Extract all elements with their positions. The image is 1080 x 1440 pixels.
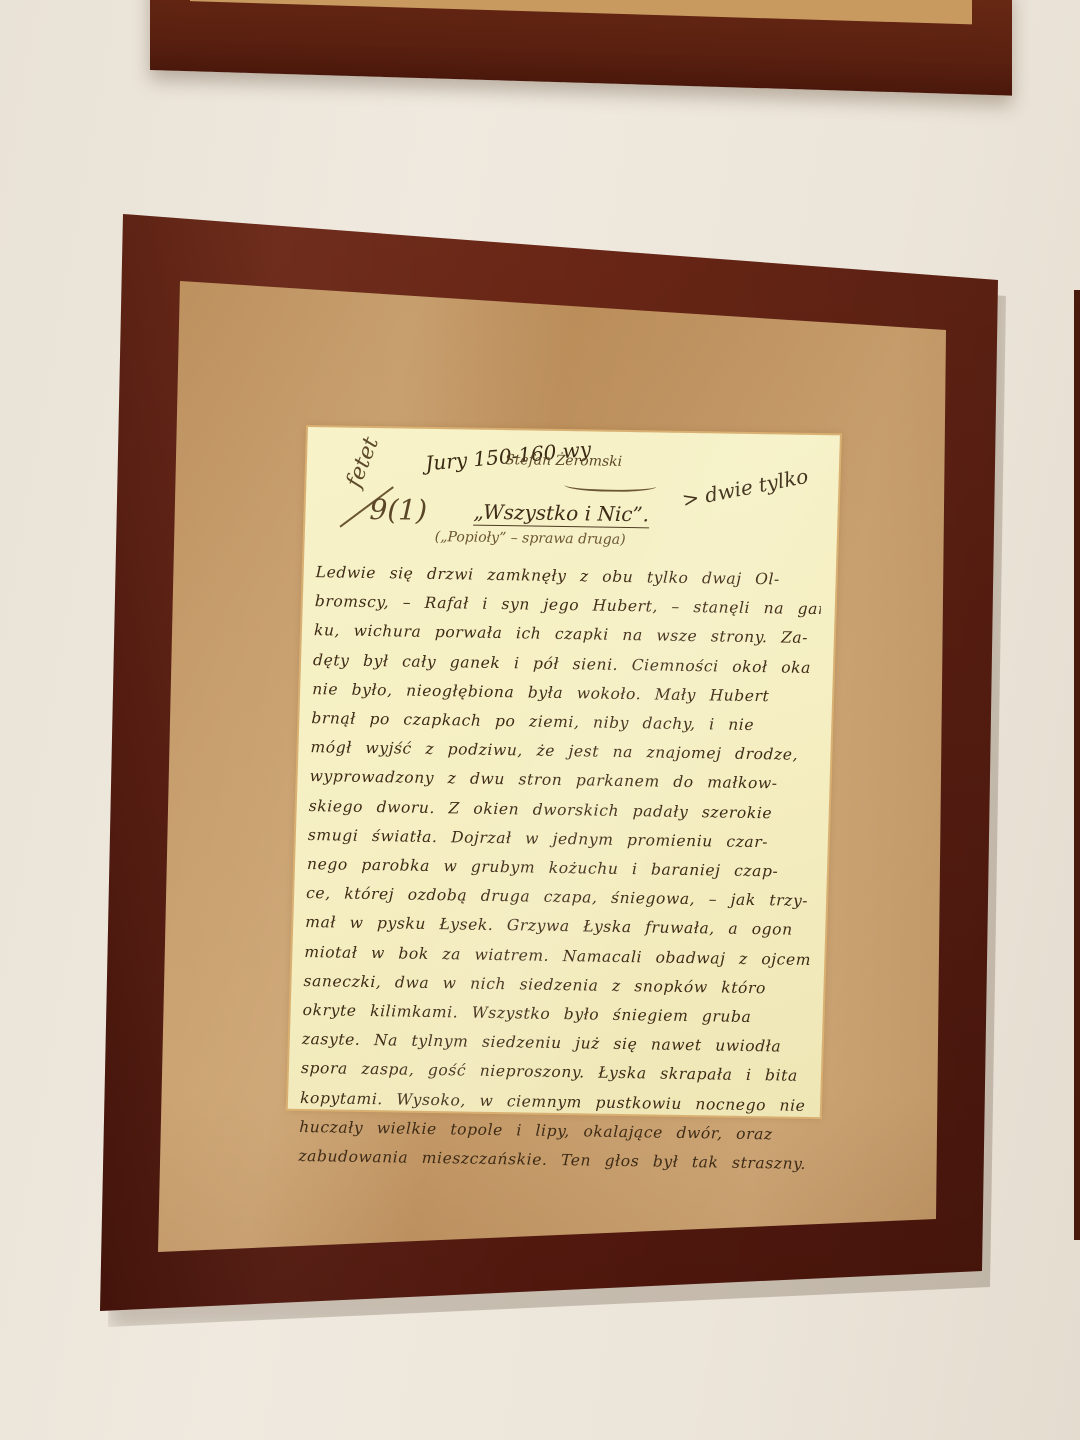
manuscript-body: Ledwie się drzwi zamknęły z obu tylko dw…	[286, 552, 836, 1179]
manuscript-header: fetet 9(1) Jury 150-160 wy Stefan Żeroms…	[304, 427, 840, 560]
manuscript-subtitle: („Popioły” – sprawa druga)	[435, 529, 626, 548]
manuscript-page: fetet 9(1) Jury 150-160 wy Stefan Żeroms…	[288, 427, 840, 1117]
author-name: Stefan Żeromski	[505, 452, 623, 470]
folio-number: 9(1)	[369, 493, 427, 527]
adjacent-frame-edge	[1074, 290, 1080, 1240]
manuscript-title: „Wszystko i Nic”.	[473, 500, 649, 529]
margin-note-right: > dwie tylko	[680, 464, 810, 512]
author-underline	[564, 479, 656, 492]
margin-note-left: fetet	[342, 434, 384, 491]
upper-picture-frame	[150, 0, 1012, 96]
upper-frame-mat	[190, 0, 972, 24]
